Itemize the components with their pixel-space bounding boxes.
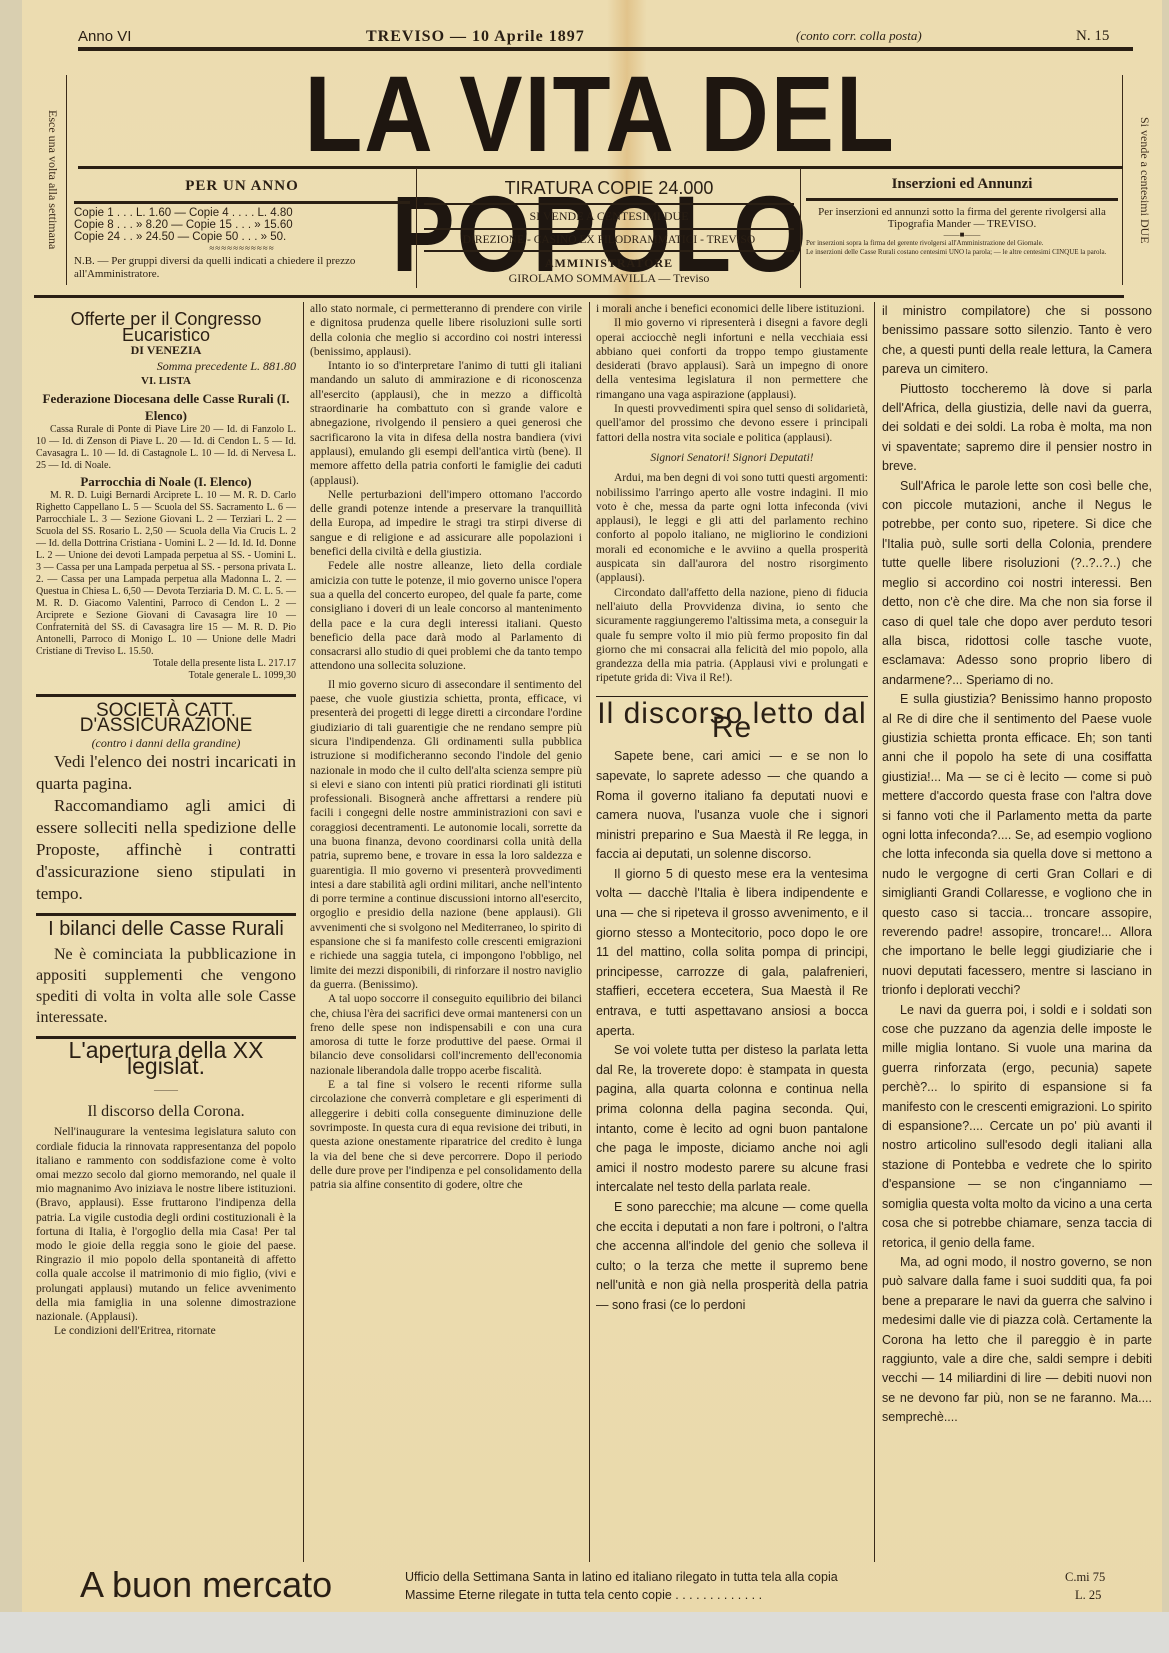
col-divider-2 — [589, 302, 590, 1562]
federazione-text: Cassa Rurale di Ponte di Piave Lire 20 —… — [36, 424, 296, 472]
bilanci-text: Ne è cominciata la pubblicazione in appo… — [36, 944, 296, 1028]
paragraph: i morali anche i benefici economici dell… — [596, 302, 868, 316]
ads-box: Inserzioni ed Annunzi Per inserzioni ed … — [806, 174, 1118, 289]
admin-name: GIROLAMO SOMMAVILLA — Treviso — [420, 271, 798, 286]
totale-generale: Totale generale L. 1099,30 — [36, 670, 296, 682]
paragraph: Le navi da guerra poi, i soldi e i solda… — [882, 1001, 1152, 1253]
dateline: TREVISO — 10 Aprile 1897 — [366, 28, 585, 46]
direction: DIREZIONE - CASINO EX FILODRAMMATICI - T… — [420, 234, 798, 246]
paragraph: E sulla giustizia? Benissimo hanno propo… — [882, 690, 1152, 1001]
lista-label: VI. LISTA — [36, 374, 296, 390]
societa-para-1: Vedi l'elenco dei nostri incaricati in q… — [36, 751, 296, 795]
totale-lista: Totale della presente lista L. 217.17 — [36, 658, 296, 670]
paragraph: E a tal fine si volsero le recenti rifor… — [310, 1078, 582, 1192]
ads-text: Per inserzioni ed annunzi sotto la firma… — [806, 206, 1118, 230]
bilanci-title: I bilanci delle Casse Rurali — [36, 922, 296, 938]
column-1: Offerte per il Congresso Eucaristico DI … — [36, 302, 296, 1338]
ads-note-2: Le inserzioni delle Casse Rurali costano… — [806, 248, 1118, 257]
parrocchia-text: M. R. D. Luigi Bernardi Arciprete L. 10 … — [36, 490, 296, 658]
price-row: Copie 8 . . . » 8.20 — Copie 15 . . . » … — [74, 219, 410, 231]
column-3: i morali anche i benefici economici dell… — [596, 302, 868, 1316]
footer-price-1: C.mi 75 — [1065, 1570, 1105, 1585]
paragraph: Il mio governo vi ripresenterà i disegni… — [596, 316, 868, 402]
year-label: Anno VI — [78, 28, 131, 45]
right-vertical-text: Si vende a centesimi DUE — [1128, 70, 1152, 290]
paragraph: Fedele alle nostre alleanze, lieto della… — [310, 559, 582, 673]
offerte-title: Offerte per il Congresso Eucaristico — [36, 312, 296, 343]
subscription-box: PER UN ANNO Copie 1 . . . L. 1.60 — Copi… — [74, 174, 410, 289]
price-row: Copie 24 . . » 24.50 — Copie 50 . . . » … — [74, 231, 410, 243]
paragraph: Il giorno 5 di questo mese era la ventes… — [596, 865, 868, 1041]
right-border — [1122, 75, 1123, 285]
masthead-title: LA VITA DEL POPOLO — [204, 54, 996, 174]
footer-line-1: Ufficio della Settimana Santa in latino … — [405, 1570, 838, 1584]
col-divider-1 — [303, 302, 304, 1562]
signori-heading: Signori Senatori! Signori Deputati! — [596, 451, 868, 465]
parrocchia-title: Parrocchia di Noale (I. Elenco) — [36, 474, 296, 490]
issue-number: N. 15 — [1076, 28, 1109, 45]
paragraph: Ma, ad ogni modo, il nostro governo, se … — [882, 1253, 1152, 1428]
left-vertical-text: Esce una volta alla settimana — [36, 70, 60, 290]
col-divider-3 — [874, 302, 875, 1562]
societa-subtitle: (contro i danni della grandine) — [36, 736, 296, 752]
paragraph: il ministro compilatore) che si possono … — [882, 302, 1152, 380]
footer-advertisement: A buon mercato Ufficio della Settimana S… — [80, 1570, 1140, 1610]
top-rule — [78, 47, 1133, 51]
paragraph: Ardui, ma ben degni di voi sono tutti qu… — [596, 471, 868, 585]
circulation-box: TIRATURA COPIE 24.000 SI VENDE A CENTESI… — [420, 174, 798, 289]
circulation: TIRATURA COPIE 24.000 — [420, 178, 798, 199]
dateline-bar: Anno VI TREVISO — 10 Aprile 1897 (conto … — [56, 22, 1136, 44]
box-divider-2 — [800, 168, 801, 288]
societa-title: SOCIETÀ CATT. D'ASSICURAZIONE — [36, 703, 296, 734]
footer-line-2: Massime Eterne rilegate in tutta tela ce… — [405, 1588, 762, 1602]
column-4: il ministro compilatore) che si possono … — [882, 302, 1152, 1428]
footer-price-2: L. 25 — [1075, 1588, 1101, 1603]
paragraph: Nelle perturbazioni dell'impero ottomano… — [310, 488, 582, 559]
ads-note-1: Per inserzioni sopra la firma del gerent… — [806, 239, 1118, 248]
masthead-rule — [78, 166, 1123, 169]
discorso-corona-continued: Le condizioni dell'Eritrea, ritornate — [36, 1324, 296, 1338]
footer-title: A buon mercato — [80, 1564, 332, 1606]
left-border — [66, 75, 67, 285]
discorso-corona-text: Nell'inaugurare la ventesima legislatura… — [36, 1125, 296, 1324]
price-notice: SI VENDE A CENTESIMI DUE — [420, 209, 798, 224]
discorso-re-title: Il discorso letto dal Re — [596, 707, 868, 736]
offerte-subtitle: DI VENEZIA — [36, 343, 296, 359]
price-row: Copie 1 . . . L. 1.60 — Copie 4 . . . . … — [74, 207, 410, 219]
subscription-title: PER UN ANNO — [74, 178, 410, 195]
somma-precedente: Somma precedente L. 881.80 — [36, 359, 296, 375]
section-rule — [34, 295, 1124, 298]
paragraph: Intanto io so d'interpretare l'animo di … — [310, 359, 582, 488]
box-divider-1 — [416, 168, 417, 288]
paragraph: allo stato normale, ci permetteranno di … — [310, 302, 582, 359]
postal-note: (conto corr. colla posta) — [796, 28, 922, 44]
paragraph: Sull'Africa le parole lette son così bel… — [882, 477, 1152, 690]
paragraph: Il mio governo sicuro di assecondare il … — [310, 678, 582, 993]
discorso-corona-title: Il discorso della Corona. — [36, 1104, 296, 1120]
apertura-title: L'apertura della XX legislat. — [36, 1043, 296, 1074]
ads-title: Inserzioni ed Annunzi — [806, 176, 1118, 193]
paragraph: Piuttosto toccheremo là dove si parla de… — [882, 380, 1152, 477]
paragraph: In questi provvedimenti spira quel senso… — [596, 402, 868, 445]
paragraph: Se voi volete tutta per disteso la parla… — [596, 1041, 868, 1198]
federazione-title: Federazione Diocesana delle Casse Rurali… — [36, 390, 296, 424]
paragraph: A tal uopo soccorre il conseguito equili… — [310, 992, 582, 1078]
paragraph: Circondato dall'affetto della nazione, p… — [596, 586, 868, 686]
societa-para-2: Raccomandiamo agli amici di essere solle… — [36, 795, 296, 905]
column-2: allo stato normale, ci permetteranno di … — [310, 302, 582, 1192]
paragraph: Sapete bene, cari amici — e se non lo sa… — [596, 747, 868, 865]
paragraph: E sono parecchie; ma alcune — come quell… — [596, 1198, 868, 1316]
background-table — [0, 1612, 1169, 1653]
subscription-note: N.B. — Per gruppi diversi da quelli indi… — [74, 255, 410, 281]
admin-title: AMMINISTRATORE — [420, 256, 798, 271]
